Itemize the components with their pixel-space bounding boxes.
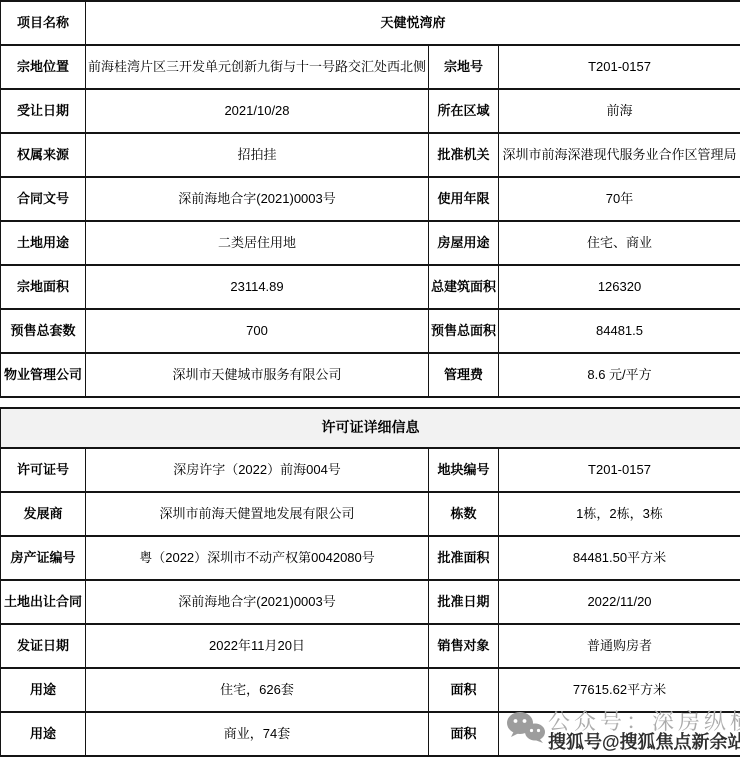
table-row: 合同文号 深前海地合字(2021)0003号 使用年限 70年 [1,177,740,221]
field-value: 84481.5 [499,309,740,353]
section-title: 许可证详细信息 [1,408,740,448]
table-row: 土地用途 二类居住用地 房屋用途 住宅、商业 [1,221,740,265]
field-value: 深圳市前海天健置地发展有限公司 [86,492,429,536]
field-label: 发展商 [1,492,86,536]
field-label: 房产证编号 [1,536,86,580]
section-header-row: 许可证详细信息 [1,408,740,448]
table-row: 房产证编号 粤（2022）深圳市不动产权第0042080号 批准面积 84481… [1,536,740,580]
table-row: 许可证号 深房许字（2022）前海004号 地块编号 T201-0157 [1,448,740,492]
field-value: T201-0157 [499,45,740,89]
field-value: 深圳市天健城市服务有限公司 [86,353,429,397]
field-value: 2022/11/20 [499,580,740,624]
license-info-table: 许可证详细信息 许可证号 深房许字（2022）前海004号 地块编号 T201-… [0,407,740,757]
project-info-table: 项目名称 天健悦湾府 宗地位置 前海桂湾片区三开发单元创新九街与十一号路交汇处西… [0,0,740,398]
table-row: 预售总套数 700 预售总面积 84481.5 [1,309,740,353]
field-value: 深前海地合字(2021)0003号 [86,177,429,221]
table-row: 用途 住宅，626套 面积 77615.62平方米 [1,668,740,712]
table-row: 物业管理公司 深圳市天健城市服务有限公司 管理费 8.6 元/平方 [1,353,740,397]
field-value: 126320 [499,265,740,309]
field-label: 宗地位置 [1,45,86,89]
field-label: 面积 [429,668,499,712]
field-label: 销售对象 [429,624,499,668]
field-value [499,712,740,756]
field-value: 1栋，2栋，3栋 [499,492,740,536]
field-value: 前海桂湾片区三开发单元创新九街与十一号路交汇处西北侧 [86,45,429,89]
field-value: 二类居住用地 [86,221,429,265]
field-value: 住宅、商业 [499,221,740,265]
field-value: 商业，74套 [86,712,429,756]
field-label: 宗地面积 [1,265,86,309]
field-value: 普通购房者 [499,624,740,668]
table-row: 用途 商业，74套 面积 [1,712,740,756]
table-row: 土地出让合同 深前海地合字(2021)0003号 批准日期 2022/11/20 [1,580,740,624]
field-value: 84481.50平方米 [499,536,740,580]
table-row: 发展商 深圳市前海天健置地发展有限公司 栋数 1栋，2栋，3栋 [1,492,740,536]
field-label: 预售总套数 [1,309,86,353]
field-value: 招拍挂 [86,133,429,177]
table-row: 项目名称 天健悦湾府 [1,1,740,45]
field-label: 土地用途 [1,221,86,265]
property-info-page: { "table1": { "project_label": "项目名称", "… [0,0,740,759]
field-label: 批准日期 [429,580,499,624]
table-row: 宗地面积 23114.89 总建筑面积 126320 [1,265,740,309]
table-row: 宗地位置 前海桂湾片区三开发单元创新九街与十一号路交汇处西北侧 宗地号 T201… [1,45,740,89]
field-value: T201-0157 [499,448,740,492]
field-value: 深圳市前海深港现代服务业合作区管理局 [499,133,740,177]
field-label: 所在区域 [429,89,499,133]
field-value: 2021/10/28 [86,89,429,133]
field-value: 77615.62平方米 [499,668,740,712]
field-value: 深房许字（2022）前海004号 [86,448,429,492]
field-value: 70年 [499,177,740,221]
field-value: 住宅，626套 [86,668,429,712]
field-value: 深前海地合字(2021)0003号 [86,580,429,624]
field-label: 使用年限 [429,177,499,221]
field-label: 预售总面积 [429,309,499,353]
field-label: 许可证号 [1,448,86,492]
field-label: 受让日期 [1,89,86,133]
field-label: 权属来源 [1,133,86,177]
field-label: 用途 [1,712,86,756]
field-label: 发证日期 [1,624,86,668]
project-name-value: 天健悦湾府 [86,1,740,45]
field-label: 房屋用途 [429,221,499,265]
field-label: 用途 [1,668,86,712]
field-value: 2022年11月20日 [86,624,429,668]
field-label: 面积 [429,712,499,756]
field-label: 宗地号 [429,45,499,89]
field-value: 粤（2022）深圳市不动产权第0042080号 [86,536,429,580]
table-row: 权属来源 招拍挂 批准机关 深圳市前海深港现代服务业合作区管理局 [1,133,740,177]
field-label: 土地出让合同 [1,580,86,624]
field-label: 栋数 [429,492,499,536]
field-label: 批准机关 [429,133,499,177]
field-label: 项目名称 [1,1,86,45]
field-label: 合同文号 [1,177,86,221]
field-label: 批准面积 [429,536,499,580]
field-label: 管理费 [429,353,499,397]
field-label: 物业管理公司 [1,353,86,397]
field-value: 前海 [499,89,740,133]
field-label: 总建筑面积 [429,265,499,309]
field-value: 8.6 元/平方 [499,353,740,397]
field-label: 地块编号 [429,448,499,492]
field-value: 700 [86,309,429,353]
table-row: 受让日期 2021/10/28 所在区域 前海 [1,89,740,133]
table-row: 发证日期 2022年11月20日 销售对象 普通购房者 [1,624,740,668]
field-value: 23114.89 [86,265,429,309]
